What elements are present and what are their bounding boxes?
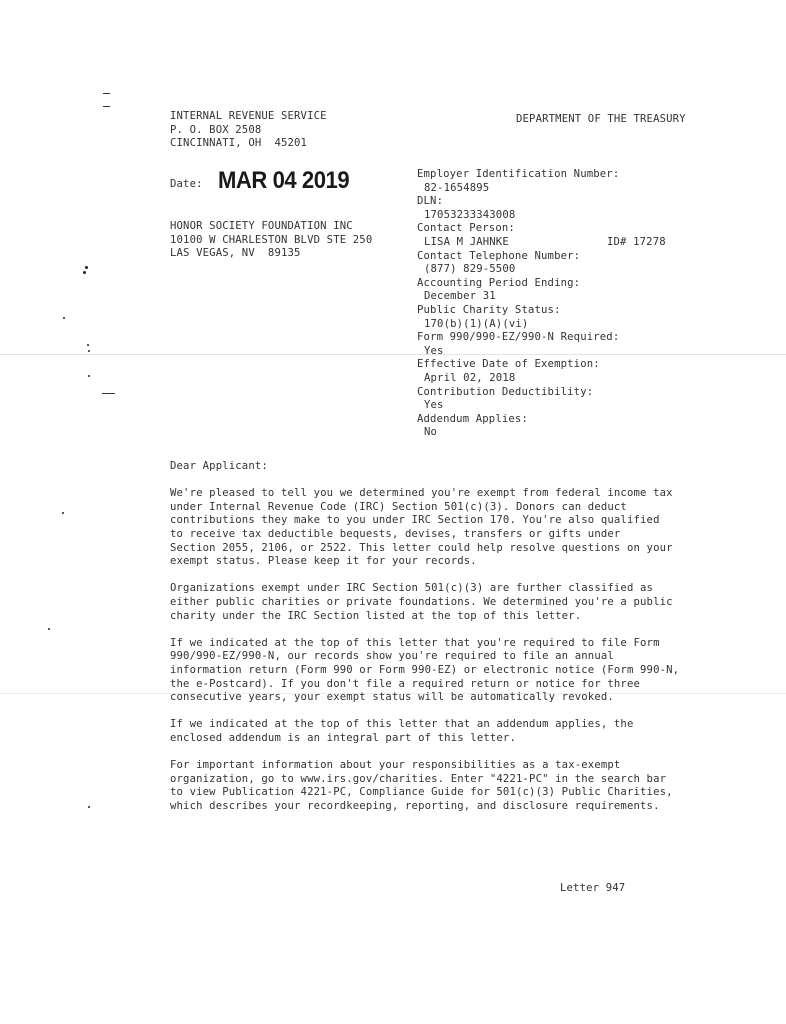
scan-artifact-dot	[88, 350, 90, 352]
scan-artifact-mark	[102, 393, 115, 394]
sender-city: CINCINNATI, OH 45201	[170, 137, 327, 151]
scan-artifact-dot	[87, 344, 89, 346]
recipient-address: HONOR SOCIETY FOUNDATION INC 10100 W CHA…	[170, 220, 372, 261]
date-stamp: MAR 04 2019	[218, 167, 349, 195]
sender-po-box: P. O. BOX 2508	[170, 124, 327, 138]
scan-artifact-line	[0, 354, 786, 355]
info-label-ein: Employer Identification Number:	[417, 168, 619, 182]
paragraph-filing: If we indicated at the top of this lette…	[170, 637, 690, 705]
scan-artifact-dot	[88, 375, 90, 377]
paragraph-resources: For important information about your res…	[170, 759, 690, 813]
date-label: Date:	[170, 178, 203, 192]
info-label-deductibility: Contribution Deductibility:	[417, 386, 619, 400]
letter-body: Dear Applicant: We're pleased to tell yo…	[170, 460, 690, 827]
info-label-contact-phone: Contact Telephone Number:	[417, 250, 619, 264]
paragraph-exemption: We're pleased to tell you we determined …	[170, 487, 690, 569]
info-label-dln: DLN:	[417, 195, 619, 209]
contact-id: ID# 17278	[607, 236, 666, 250]
info-value-addendum: No	[417, 426, 619, 440]
info-value-effective-date: April 02, 2018	[417, 372, 619, 386]
info-label-accounting-period: Accounting Period Ending:	[417, 277, 619, 291]
paragraph-addendum: If we indicated at the top of this lette…	[170, 718, 690, 745]
info-value-contact-person: LISA M JAHNKE	[417, 236, 619, 250]
info-label-form-required: Form 990/990-EZ/990-N Required:	[417, 331, 619, 345]
scan-artifact-dot	[85, 266, 88, 269]
info-label-effective-date: Effective Date of Exemption:	[417, 358, 619, 372]
info-value-accounting-period: December 31	[417, 290, 619, 304]
recipient-name: HONOR SOCIETY FOUNDATION INC	[170, 220, 372, 234]
sender-name: INTERNAL REVENUE SERVICE	[170, 110, 327, 124]
info-value-form-required: Yes	[417, 345, 619, 359]
letter-number: Letter 947	[560, 882, 625, 896]
scan-artifact-dot	[88, 806, 90, 808]
info-value-deductibility: Yes	[417, 399, 619, 413]
department-heading: DEPARTMENT OF THE TREASURY	[516, 113, 686, 127]
scan-artifact-dot	[62, 512, 64, 514]
info-value-contact-phone: (877) 829-5500	[417, 263, 619, 277]
scan-artifact-dot	[83, 271, 86, 274]
scan-artifact-mark	[103, 106, 110, 107]
determination-info: Employer Identification Number: 82-16548…	[417, 168, 619, 440]
info-label-contact-person: Contact Person:	[417, 222, 619, 236]
info-value-charity-status: 170(b)(1)(A)(vi)	[417, 318, 619, 332]
paragraph-classification: Organizations exempt under IRC Section 5…	[170, 582, 690, 623]
scan-artifact-dot	[48, 628, 50, 630]
salutation: Dear Applicant:	[170, 460, 690, 474]
sender-address: INTERNAL REVENUE SERVICE P. O. BOX 2508 …	[170, 110, 327, 151]
info-value-ein: 82-1654895	[417, 182, 619, 196]
recipient-city: LAS VEGAS, NV 89135	[170, 247, 372, 261]
scan-artifact-mark	[103, 93, 110, 94]
recipient-street: 10100 W CHARLESTON BLVD STE 250	[170, 234, 372, 248]
info-value-dln: 17053233343008	[417, 209, 619, 223]
info-label-charity-status: Public Charity Status:	[417, 304, 619, 318]
info-label-addendum: Addendum Applies:	[417, 413, 619, 427]
scan-artifact-dot	[63, 317, 65, 319]
